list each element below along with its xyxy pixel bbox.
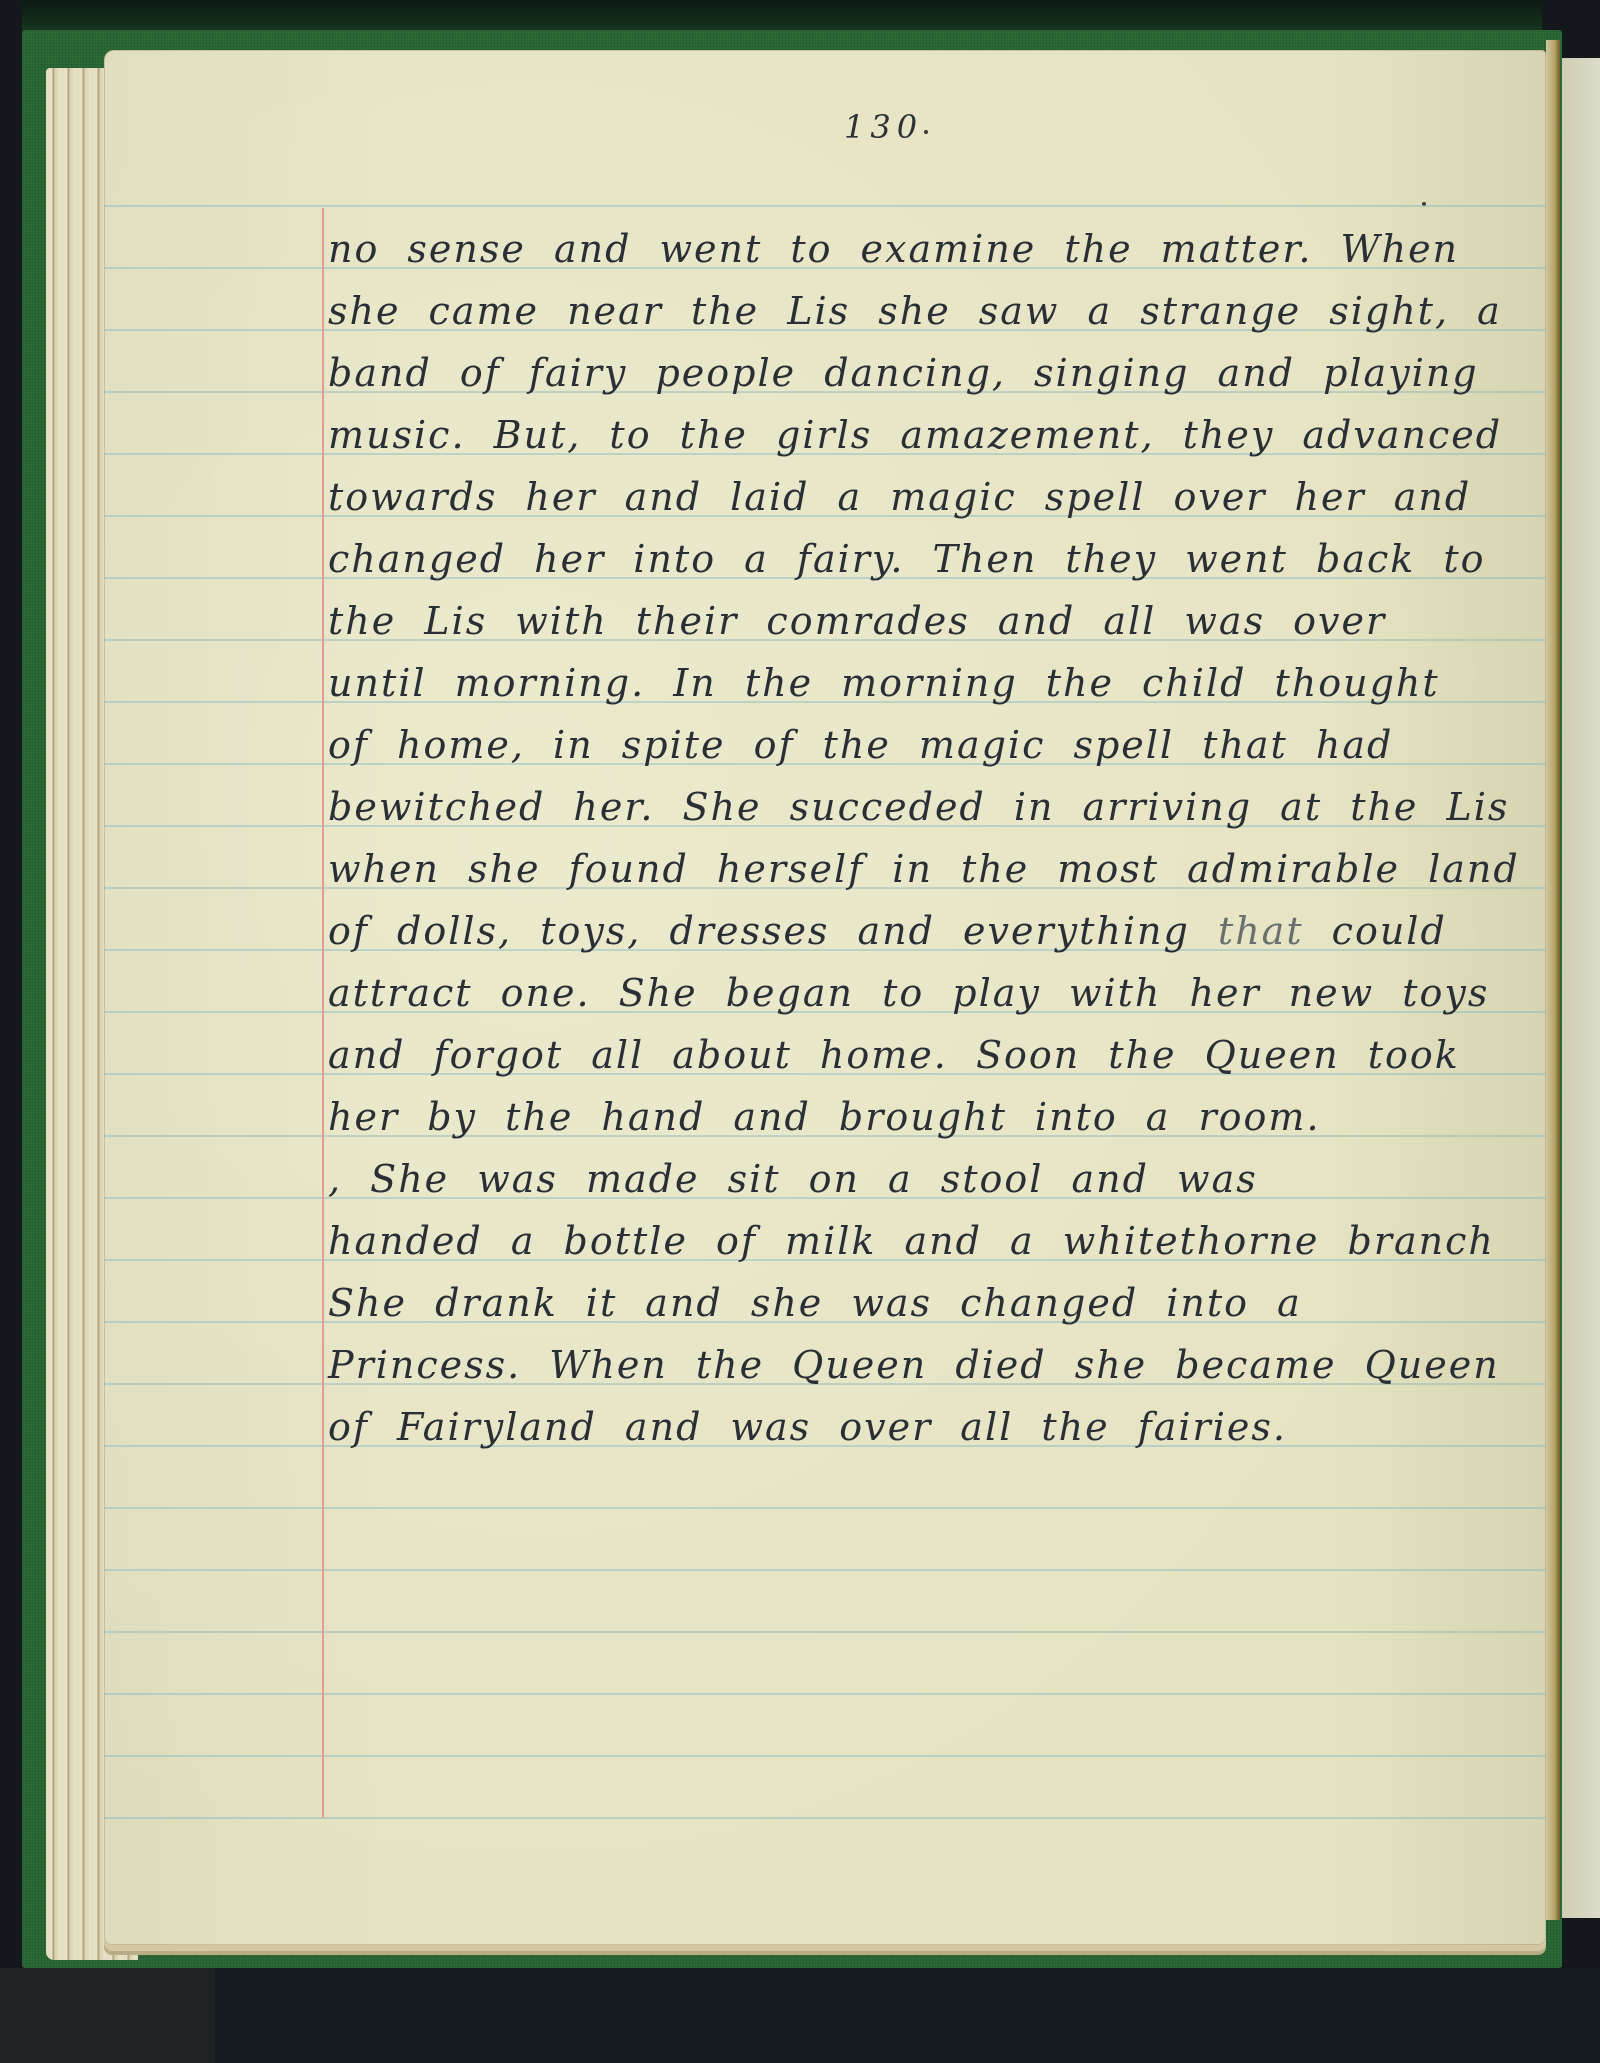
text-line-6: changed her into a fairy. Then they went…	[328, 528, 1546, 590]
page-number: 130	[844, 108, 923, 146]
text-line-9: of home, in spite of the magic spell tha…	[328, 714, 1546, 776]
text-line-12: of dolls, toys, dresses and everything t…	[328, 900, 1546, 962]
text-line-11: when she found herself in the most admir…	[328, 838, 1546, 900]
ruled-line	[104, 1693, 1546, 1695]
faded-word: that	[1218, 909, 1304, 953]
text-segment: could	[1304, 909, 1447, 953]
ruled-line	[104, 1817, 1546, 1819]
text-line-2: she came near the Lis she saw a strange …	[328, 280, 1546, 342]
ruled-line	[104, 1569, 1546, 1571]
desk-shadow	[0, 1968, 215, 2063]
text-line-7: the Lis with their comrades and all was …	[328, 590, 1546, 652]
text-segment: of dolls, toys, dresses and everything	[328, 909, 1190, 953]
text-line-14: and forgot all about home. Soon the Quee…	[328, 1024, 1546, 1086]
text-line-16: , She was made sit on a stool and was	[328, 1148, 1546, 1210]
text-line-13: attract one. She began to play with her …	[328, 962, 1546, 1024]
facing-page-strip	[1562, 58, 1600, 1918]
text-line-8: until morning. In the morning the child …	[328, 652, 1546, 714]
ruled-line	[104, 1631, 1546, 1633]
ruled-line	[104, 205, 1546, 207]
text-line-17: handed a bottle of milk and a whitethorn…	[328, 1210, 1546, 1272]
ruled-line	[104, 1507, 1546, 1509]
text-line-18: She drank it and she was changed into a	[328, 1272, 1546, 1334]
ruled-line	[104, 1755, 1546, 1757]
text-line-1: no sense and went to examine the matter.…	[328, 218, 1546, 280]
text-line-20: of Fairyland and was over all the fairie…	[328, 1396, 1546, 1458]
text-line-3: band of fairy people dancing, singing an…	[328, 342, 1546, 404]
text-line-15: her by the hand and brought into a room.	[328, 1086, 1546, 1148]
notebook-page: 130 no sense and went to examine the mat…	[104, 50, 1546, 1945]
text-line-19: Princess. When the Queen died she became…	[328, 1334, 1546, 1396]
desk-background	[0, 1968, 1600, 2063]
paper-speck	[924, 130, 928, 134]
text-line-5: towards her and laid a magic spell over …	[328, 466, 1546, 528]
book-gutter	[1546, 40, 1560, 1920]
text-line-4: music. But, to the girls amazement, they…	[328, 404, 1546, 466]
margin-line	[322, 208, 324, 1818]
text-line-10: bewitched her. She succeded in arriving …	[328, 776, 1546, 838]
